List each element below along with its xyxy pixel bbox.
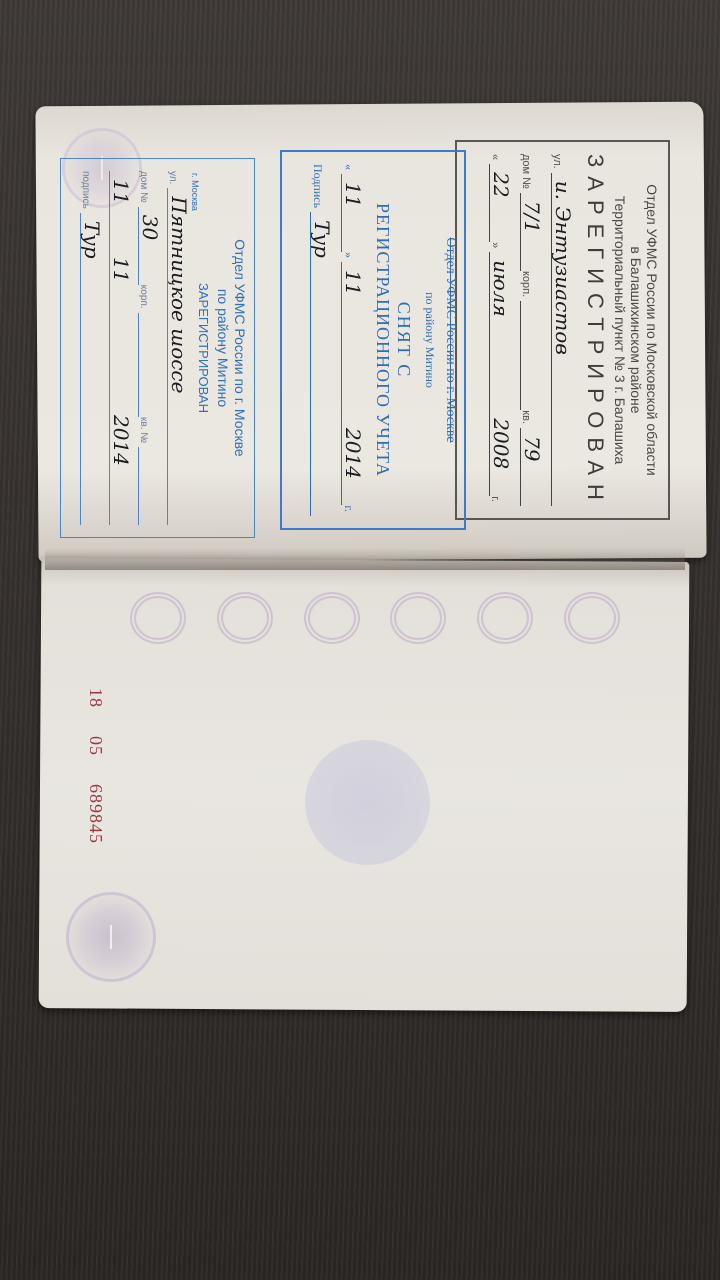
date-day: 11 [109,171,132,249]
stamp-title-line2: РЕГИСТРАЦИОННОГО УЧЕТА [372,164,393,516]
year-suffix: г. [489,496,501,502]
stamp-registered-balashikha: Отдел УФМС России по Московской области … [455,140,670,520]
ornament-icon [217,592,273,644]
serial-number: 689845 [86,784,106,844]
stamp-office-line1: Отдел УФМС России по г. Москве [231,171,248,525]
date-field: 11 11 2014 [109,171,132,525]
date-field: « 22 » июля 2008 г. [489,154,512,506]
serial-series-part1: 18 [86,688,106,708]
date-close-quote: » [341,252,356,258]
street-label: ул. [551,154,563,169]
ornament-icon [390,592,446,644]
street-field: ул. и. Энтузиастов [551,154,574,506]
signature-field: подпись Тур [80,171,103,525]
stamp-title: ЗАРЕГИСТРИРОВАН [582,154,608,506]
date-close-quote: » [489,242,501,248]
building-label: корп. [138,285,149,309]
date-month: 11 [341,262,364,420]
stamp-title: ЗАРЕГИСТРИРОВАН [196,171,211,525]
year-suffix: г. [341,505,356,512]
house-label: дом № [520,154,532,189]
circular-watermark [305,740,430,865]
street-field: ул. Пятницкое шоссе [167,171,190,525]
stamp-office-line2: в Балашихинском районе [628,154,644,506]
date-open-quote: « [489,154,501,160]
street-value: и. Энтузиастов [551,173,574,506]
street-value: Пятницкое шоссе [167,188,190,525]
ornamental-border-band [115,588,635,648]
apartment-label: кв. № [138,417,149,443]
ornament-icon [130,592,186,644]
signature-value: Тур [310,212,333,516]
house-value: 30 [138,207,161,285]
stamp-office-district: по району Митино [422,164,438,516]
date-year: 2014 [109,407,132,525]
street-label: ул. [167,171,178,184]
signature-value: Тур [80,213,103,525]
signature-label: подпись [80,171,91,209]
stamp-deregistered: Отдел УФМС России по г. Москве по району… [280,150,466,530]
passport-serial-number: 1805689845 [85,688,106,872]
address-numbers-field: дом № 30 корп. кв. № [138,171,161,525]
apartment-value: 79 [520,428,543,506]
serial-series-part2: 05 [86,736,106,756]
stamp-city-label: г. Москва [190,173,200,211]
date-year: 2008 [489,410,512,496]
house-value: 7/1 [520,193,543,271]
address-numbers-field: дом № 7/1 корп. кв. 79 [520,154,543,506]
building-label: корп. [520,271,532,297]
stamp-office-line2: по району Митино [214,171,231,525]
signature-field: Подпись Тур [310,164,333,516]
ornament-icon [304,592,360,644]
ornament-icon [564,592,620,644]
building-value [138,313,161,417]
date-day: 11 [341,174,364,252]
stamp-office-line3: Территориальный пункт № 3 г. Балашиха [612,154,628,506]
date-field: « 11 » 11 2014 г. [341,164,364,516]
ornament-icon [477,592,533,644]
passport: Отдел УФМС России по Московской области … [0,0,720,1280]
stamp-title-line1: СНЯТ С [393,164,414,516]
date-year: 2014 [341,420,364,505]
stamp-office-line1: Отдел УФМС России по Московской области [644,154,660,506]
date-month: 11 [109,249,132,407]
signature-label: Подпись [310,164,325,208]
apartment-value [138,447,161,525]
stamp-office-header: Отдел УФМС России по г. Москве [442,164,458,516]
date-month: июля [489,252,512,410]
security-rosette-icon [66,892,156,982]
building-value [520,301,543,410]
house-label: дом № [138,171,149,203]
apartment-label: кв. [520,410,532,424]
date-open-quote: « [341,164,356,170]
stamp-registered-mitino: Отдел УФМС России по г. Москве по району… [60,158,255,538]
date-day: 22 [489,164,512,242]
